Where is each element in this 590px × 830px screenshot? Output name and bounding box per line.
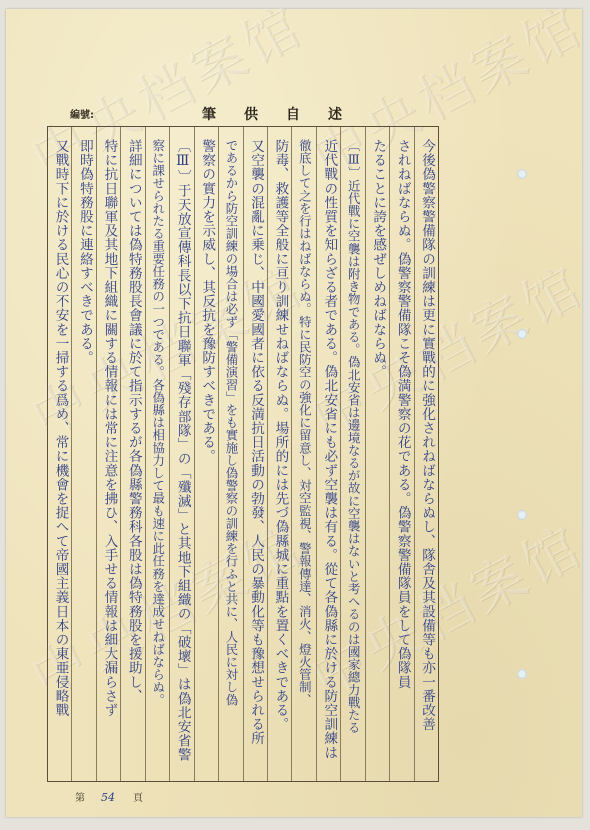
- punch-hole: [517, 510, 527, 520]
- page-suffix: 頁: [133, 793, 143, 804]
- page-prefix: 第: [75, 793, 85, 804]
- manuscript-column: 警察の實力を示威し、其反抗を豫防すべきである。: [194, 127, 218, 781]
- handwritten-line: であるから防空訓練の場合は必ず「警備演習」をも實施し偽警察の訓練を行ふと共に、人…: [225, 139, 237, 706]
- manuscript-column: 防毒、救護等全般に亘り訓練せねばならぬ。場所的には先づ偽縣城に重點を置くべきであ…: [267, 127, 291, 781]
- serial-number-label: 編號:: [70, 106, 94, 121]
- manuscript-column: 特に抗日聯軍及其地下組織に關する情報には常に注意を拂ひ、入手せる情報は細大漏らさ…: [96, 127, 120, 781]
- page-number: 第54頁: [75, 789, 143, 804]
- handwritten-line: 防毒、救護等全般に亘り訓練せねばならぬ。場所的には先づ偽縣城に重點を置くべきであ…: [273, 139, 287, 731]
- handwritten-line: 詳細については偽特務股長會議に於て指示するが各偽縣警務科各股は偽特務股を援助し、: [126, 139, 140, 703]
- punch-hole: [517, 669, 527, 679]
- manuscript-grid: 今後偽警察警備隊の訓練は更に實戰的に強化されねばならぬし、隊舎及其設備等も亦一番…: [47, 126, 439, 782]
- manuscript-column: 近代戰の性質を知らざる者である。偽北安省にも必ず空襲は有る。從て各偽縣に於ける防…: [316, 127, 340, 781]
- document-page: 中央档案馆 中央档案馆 中央档案馆 中央档案馆 中央档案馆 中央档案馆 編號: …: [6, 9, 582, 817]
- manuscript-column: 〔Ⅲ〕近代戰に空襲は附き物である。偽北安省は邊境なるが故に空襲はないと考へるのは…: [340, 127, 364, 781]
- page-number-value: 54: [101, 791, 115, 804]
- manuscript-column: 又戰時下に於ける民心の不安を一掃する爲め、常に機會を捉へて帝國主義日本の東亜侵略…: [48, 127, 71, 781]
- handwritten-line: 今後偽警察警備隊の訓練は更に實戰的に強化されねばならぬし、隊舎及其設備等も亦一番…: [419, 139, 433, 731]
- handwritten-line: 〔Ⅲ〕于天放宣傳科長以下抗日聯軍「殘存部隊」の「殲滅」と其地下組織の「破壞」は偽…: [175, 139, 189, 762]
- handwritten-line: 警察の實力を示威し、其反抗を豫防すべきである。: [200, 139, 214, 463]
- manuscript-column: されねばならぬ。偽警察警備隊こそ偽満警察の花である。偽警察警備隊員をして偽隊員: [389, 127, 413, 781]
- page-title: 筆供自述: [202, 104, 370, 124]
- manuscript-column: 察に課せられたる重要任務の一つである。各偽縣は相協力して最も速に此任務を達成せね…: [145, 127, 169, 781]
- manuscript-column: 詳細については偽特務股長會議に於て指示するが各偽縣警務科各股は偽特務股を援助し、: [120, 127, 144, 781]
- handwritten-line: 又空襲の混亂に乗じ、中國愛國者に依る反満抗日活動の勃發、人民の暴動化等も豫想せら…: [248, 139, 262, 745]
- manuscript-column: 即時偽特務股に連絡すべきである。: [71, 127, 95, 781]
- punch-hole: [517, 169, 527, 179]
- handwritten-line: 特に抗日聯軍及其地下組織に關する情報には常に注意を拂ひ、入手せる情報は細大漏らさ…: [102, 139, 116, 717]
- manuscript-column: 又空襲の混亂に乗じ、中國愛國者に依る反満抗日活動の勃發、人民の暴動化等も豫想せら…: [243, 127, 267, 781]
- manuscript-column: 今後偽警察警備隊の訓練は更に實戰的に強化されねばならぬし、隊舎及其設備等も亦一番…: [414, 127, 438, 781]
- manuscript-column: であるから防空訓練の場合は必ず「警備演習」をも實施し偽警察の訓練を行ふと共に、人…: [218, 127, 242, 781]
- handwritten-line: たることに誇を感ぜしめねばならぬ。: [371, 139, 385, 379]
- manuscript-column: 〔Ⅲ〕于天放宣傳科長以下抗日聯軍「殘存部隊」の「殲滅」と其地下組織の「破壞」は偽…: [169, 127, 193, 781]
- punch-hole: [517, 329, 527, 339]
- handwritten-line: 徹底して之を行はねばならぬ。特に民防空の強化に留意し、対空監視、警報傳達、消火、…: [298, 139, 310, 706]
- handwritten-line: 又戰時下に於ける民心の不安を一掃する爲め、常に機會を捉へて帝國主義日本の東亜侵略…: [53, 139, 67, 717]
- handwritten-line: 察に課せられたる重要任務の一つである。各偽縣は相協力して最も速に此任務を達成せね…: [151, 139, 163, 706]
- handwritten-line: 〔Ⅲ〕近代戰に空襲は附き物である。偽北安省は邊境なるが故に空襲はないと考へるのは…: [347, 139, 359, 734]
- manuscript-column: たることに誇を感ぜしめねばならぬ。: [365, 127, 389, 781]
- handwritten-line: されねばならぬ。偽警察警備隊こそ偽満警察の花である。偽警察警備隊員をして偽隊員: [395, 139, 409, 689]
- manuscript-column: 徹底して之を行はねばならぬ。特に民防空の強化に留意し、対空監視、警報傳達、消火、…: [291, 127, 315, 781]
- handwritten-line: 近代戰の性質を知らざる者である。偽北安省にも必ず空襲は有る。從て各偽縣に於ける防…: [322, 139, 336, 759]
- handwritten-line: 即時偽特務股に連絡すべきである。: [77, 139, 91, 365]
